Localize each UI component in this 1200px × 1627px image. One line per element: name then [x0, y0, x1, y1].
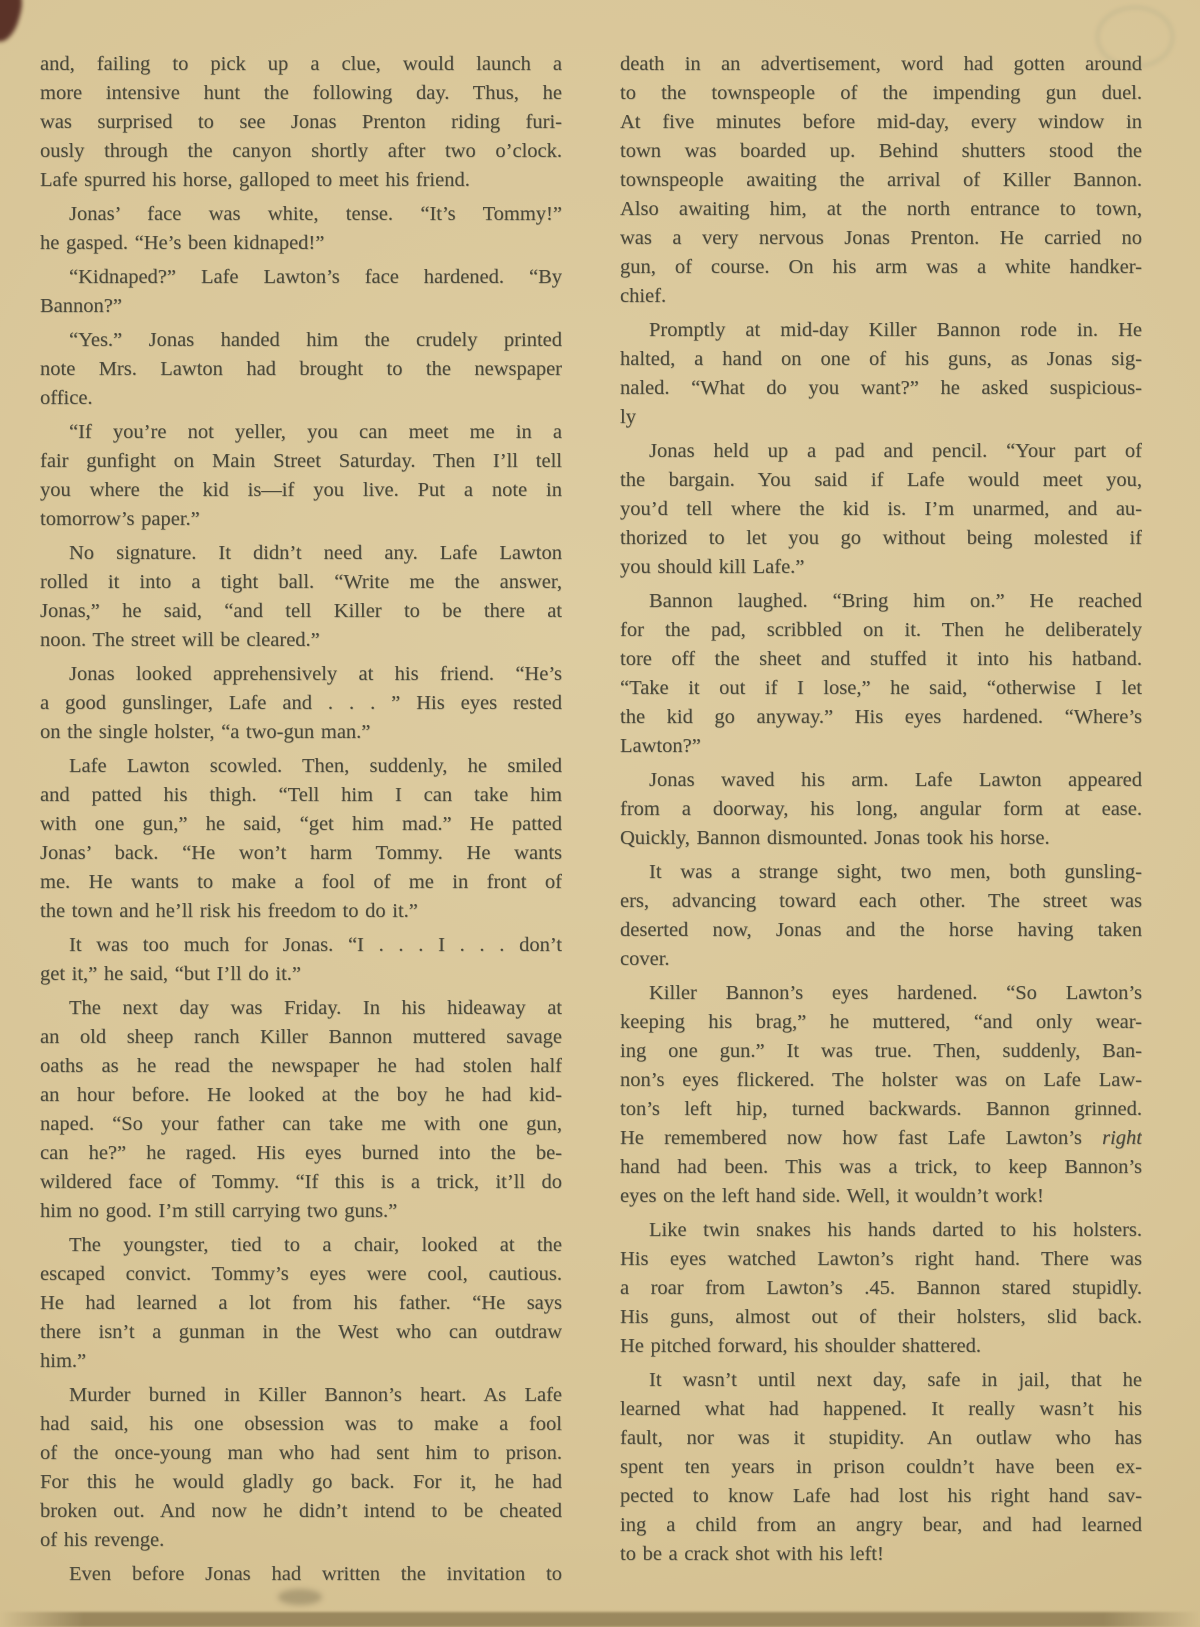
- text-line: ers, advancing toward each other. The st…: [620, 887, 1142, 916]
- text-line: from a doorway, his long, angular form a…: [620, 795, 1142, 824]
- text-line: “If you’re not yeller, you can meet me i…: [40, 418, 562, 447]
- text-line: spent ten years in prison couldn’t have …: [620, 1453, 1142, 1482]
- paragraph: Even before Jonas had written the invita…: [40, 1560, 562, 1589]
- paragraph: “If you’re not yeller, you can meet me i…: [40, 418, 562, 534]
- text-line: He pitched forward, his shoulder shatter…: [620, 1332, 1142, 1361]
- text-line: At five minutes before mid-day, every wi…: [620, 108, 1142, 137]
- text-line: His guns, almost out of their holsters, …: [620, 1303, 1142, 1332]
- text-line: “Take it out if I lose,” he said, “other…: [620, 674, 1142, 703]
- text-line: ly: [620, 403, 1142, 432]
- text-line: Also awaiting him, at the north entrance…: [620, 195, 1142, 224]
- text-line: naped. “So your father can take me with …: [40, 1110, 562, 1139]
- text-column-left: and, failing to pick up a clue, would la…: [40, 50, 562, 1594]
- text-line: for the pad, scribbled on it. Then he de…: [620, 616, 1142, 645]
- text-line: Jonas,” he said, “and tell Killer to be …: [40, 597, 562, 626]
- text-line: an hour before. He looked at the boy he …: [40, 1081, 562, 1110]
- text-line: noon. The street will be cleared.”: [40, 626, 562, 655]
- paragraph: The youngster, tied to a chair, looked a…: [40, 1231, 562, 1376]
- text-line: “Yes.” Jonas handed him the crudely prin…: [40, 326, 562, 355]
- paragraph: Jonas’ face was white, tense. “It’s Tomm…: [40, 200, 562, 258]
- story-text: and, failing to pick up a clue, would la…: [40, 50, 1142, 1594]
- text-line: Lafe spurred his horse, galloped to meet…: [40, 166, 562, 195]
- text-line: can he?” he raged. His eyes burned into …: [40, 1139, 562, 1168]
- text-line: death in an advertisement, word had gott…: [620, 50, 1142, 79]
- text-line: cover.: [620, 945, 1142, 974]
- text-line: Jonas waved his arm. Lafe Lawton appeare…: [620, 766, 1142, 795]
- text-line: and patted his thigh. “Tell him I can ta…: [40, 781, 562, 810]
- text-line: fault, nor was it stupidity. An outlaw w…: [620, 1424, 1142, 1453]
- text-line: had said, his one obsession was to make …: [40, 1410, 562, 1439]
- paragraph: It wasn’t until next day, safe in jail, …: [620, 1366, 1142, 1569]
- text-line: No signature. It didn’t need any. Lafe L…: [40, 539, 562, 568]
- text-line: to be a crack shot with his left!: [620, 1540, 1142, 1569]
- text-line: pected to know Lafe had lost his right h…: [620, 1482, 1142, 1511]
- text-line: learned what had happened. It really was…: [620, 1395, 1142, 1424]
- text-line: Jonas’ face was white, tense. “It’s Tomm…: [40, 200, 562, 229]
- paragraph: Lafe Lawton scowled. Then, suddenly, he …: [40, 752, 562, 926]
- text-line: tore off the sheet and stuffed it into h…: [620, 645, 1142, 674]
- text-line: him.”: [40, 1347, 562, 1376]
- paragraph: The next day was Friday. In his hideaway…: [40, 994, 562, 1226]
- paragraph: death in an advertisement, word had gott…: [620, 50, 1142, 311]
- text-line: with one gun,” he said, “get him mad.” H…: [40, 810, 562, 839]
- text-line: ously through the canyon shortly after t…: [40, 137, 562, 166]
- text-line: The youngster, tied to a chair, looked a…: [40, 1231, 562, 1260]
- text-line: tomorrow’s paper.”: [40, 505, 562, 534]
- text-line: escaped convict. Tommy’s eyes were cool,…: [40, 1260, 562, 1289]
- text-line: me. He wants to make a fool of me in fro…: [40, 868, 562, 897]
- text-line: to the townspeople of the impending gun …: [620, 79, 1142, 108]
- text-line: halted, a hand on one of his guns, as Jo…: [620, 345, 1142, 374]
- paragraph: “Kidnaped?” Lafe Lawton’s face hardened.…: [40, 263, 562, 321]
- text-line: His eyes watched Lawton’s right hand. Th…: [620, 1245, 1142, 1274]
- text-line: keeping his brag,” he muttered, “and onl…: [620, 1008, 1142, 1037]
- text-line: you should kill Lafe.”: [620, 553, 1142, 582]
- text-line: non’s eyes flickered. The holster was on…: [620, 1066, 1142, 1095]
- text-line: eyes on the left hand side. Well, it wou…: [620, 1182, 1142, 1211]
- ink-smudge: [278, 1589, 322, 1605]
- text-line: more intensive hunt the following day. T…: [40, 79, 562, 108]
- text-line: Jonas looked apprehensively at his frien…: [40, 660, 562, 689]
- paragraph: Jonas looked apprehensively at his frien…: [40, 660, 562, 747]
- text-line: note Mrs. Lawton had brought to the news…: [40, 355, 562, 384]
- text-line: deserted now, Jonas and the horse having…: [620, 916, 1142, 945]
- text-line: Quickly, Bannon dismounted. Jonas took h…: [620, 824, 1142, 853]
- text-line: Lafe Lawton scowled. Then, suddenly, he …: [40, 752, 562, 781]
- text-line: Jonas held up a pad and pencil. “Your pa…: [620, 437, 1142, 466]
- paragraph: Jonas waved his arm. Lafe Lawton appeare…: [620, 766, 1142, 853]
- paragraph: Promptly at mid-day Killer Bannon rode i…: [620, 316, 1142, 432]
- text-line: you where the kid is—if you live. Put a …: [40, 476, 562, 505]
- text-line: It was a strange sight, two men, both gu…: [620, 858, 1142, 887]
- paragraph: Bannon laughed. “Bring him on.” He reach…: [620, 587, 1142, 761]
- text-line: naled. “What do you want?” he asked susp…: [620, 374, 1142, 403]
- text-line: It was too much for Jonas. “I . . . I . …: [40, 931, 562, 960]
- magazine-story-page: and, failing to pick up a clue, would la…: [0, 0, 1200, 1627]
- paragraph: It was too much for Jonas. “I . . . I . …: [40, 931, 562, 989]
- text-line: there isn’t a gunman in the West who can…: [40, 1318, 562, 1347]
- text-line: the kid go anyway.” His eyes hardened. “…: [620, 703, 1142, 732]
- text-line: ton’s left hip, turned backwards. Bannon…: [620, 1095, 1142, 1124]
- text-line: and, failing to pick up a clue, would la…: [40, 50, 562, 79]
- text-line: him no good. I’m still carrying two guns…: [40, 1197, 562, 1226]
- text-line: thorized to let you go without being mol…: [620, 524, 1142, 553]
- text-line: fair gunfight on Main Street Saturday. T…: [40, 447, 562, 476]
- paragraph: and, failing to pick up a clue, would la…: [40, 50, 562, 195]
- text-line: “Kidnaped?” Lafe Lawton’s face hardened.…: [40, 263, 562, 292]
- text-line: ing one gun.” It was true. Then, suddenl…: [620, 1037, 1142, 1066]
- text-line: Murder burned in Killer Bannon’s heart. …: [40, 1381, 562, 1410]
- paragraph: Murder burned in Killer Bannon’s heart. …: [40, 1381, 562, 1555]
- text-line: Killer Bannon’s eyes hardened. “So Lawto…: [620, 979, 1142, 1008]
- text-line: a roar from Lawton’s .45. Bannon stared …: [620, 1274, 1142, 1303]
- text-line: of his revenge.: [40, 1526, 562, 1555]
- text-line: oaths as he read the newspaper he had st…: [40, 1052, 562, 1081]
- text-line: was surprised to see Jonas Prenton ridin…: [40, 108, 562, 137]
- text-line: Promptly at mid-day Killer Bannon rode i…: [620, 316, 1142, 345]
- text-line: he gasped. “He’s been kidnaped!”: [40, 229, 562, 258]
- text-line: was a very nervous Jonas Prenton. He car…: [620, 224, 1142, 253]
- text-line: chief.: [620, 282, 1142, 311]
- text-column-right: death in an advertisement, word had gott…: [620, 50, 1142, 1594]
- paragraph: Like twin snakes his hands darted to his…: [620, 1216, 1142, 1361]
- text-line: a good gunslinger, Lafe and . . . ” His …: [40, 689, 562, 718]
- text-line: He had learned a lot from his father. “H…: [40, 1289, 562, 1318]
- text-line: you’d tell where the kid is. I’m unarmed…: [620, 495, 1142, 524]
- text-line: town was boarded up. Behind shutters sto…: [620, 137, 1142, 166]
- paragraph: “Yes.” Jonas handed him the crudely prin…: [40, 326, 562, 413]
- text-line: the town and he’ll risk his freedom to d…: [40, 897, 562, 926]
- text-line: of the once-young man who had sent him t…: [40, 1439, 562, 1468]
- text-line: Bannon laughed. “Bring him on.” He reach…: [620, 587, 1142, 616]
- text-line: Like twin snakes his hands darted to his…: [620, 1216, 1142, 1245]
- text-line: wildered face of Tommy. “If this is a tr…: [40, 1168, 562, 1197]
- text-line: rolled it into a tight ball. “Write me t…: [40, 568, 562, 597]
- paragraph: Killer Bannon’s eyes hardened. “So Lawto…: [620, 979, 1142, 1211]
- paragraph: Jonas held up a pad and pencil. “Your pa…: [620, 437, 1142, 582]
- text-line: It wasn’t until next day, safe in jail, …: [620, 1366, 1142, 1395]
- text-line: hand had been. This was a trick, to keep…: [620, 1153, 1142, 1182]
- text-line: the bargain. You said if Lafe would meet…: [620, 466, 1142, 495]
- text-line: office.: [40, 384, 562, 413]
- text-line: get it,” he said, “but I’ll do it.”: [40, 960, 562, 989]
- text-line: townspeople awaiting the arrival of Kill…: [620, 166, 1142, 195]
- text-line: For this he would gladly go back. For it…: [40, 1468, 562, 1497]
- text-line: Jonas’ back. “He won’t harm Tommy. He wa…: [40, 839, 562, 868]
- text-line: He remembered now how fast Lafe Lawton’s…: [620, 1124, 1142, 1153]
- paragraph: No signature. It didn’t need any. Lafe L…: [40, 539, 562, 655]
- text-line: Lawton?”: [620, 732, 1142, 761]
- text-line: ing a child from an angry bear, and had …: [620, 1511, 1142, 1540]
- text-line: broken out. And now he didn’t intend to …: [40, 1497, 562, 1526]
- text-line: The next day was Friday. In his hideaway…: [40, 994, 562, 1023]
- text-line: Even before Jonas had written the invita…: [40, 1560, 562, 1589]
- corner-stain: [0, 0, 27, 45]
- text-line: gun, of course. On his arm was a white h…: [620, 253, 1142, 282]
- text-line: an old sheep ranch Killer Bannon muttere…: [40, 1023, 562, 1052]
- bottom-edge-shadow: [0, 1612, 1200, 1627]
- paragraph: It was a strange sight, two men, both gu…: [620, 858, 1142, 974]
- text-line: Bannon?”: [40, 292, 562, 321]
- text-line: on the single holster, “a two-gun man.”: [40, 718, 562, 747]
